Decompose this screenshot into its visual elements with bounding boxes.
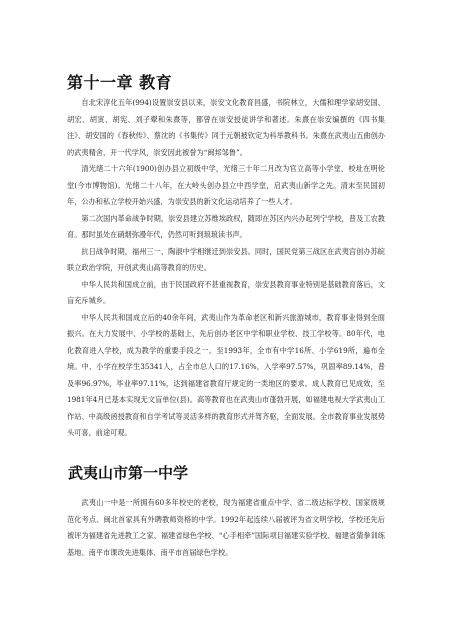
chapter-title: 第十一章 教育	[67, 70, 172, 93]
paragraph: 自北宋淳化五年(994)设置崇安县以来，崇安文化教育昌盛，书院林立，大儒和理学家…	[67, 95, 385, 161]
paragraph: 第二次国内革命战争时期，崇安县建立苏维埃政权，随即在苏区内兴办起列宁学校，普及工…	[67, 211, 385, 244]
paragraph: 中华人民共和国成立前，由于民国政府不甚重视教育，崇安县教育事业特别是基础教育落后…	[67, 277, 385, 310]
paragraph: 武夷山一中是一所拥有60多年校史的老校，现为福建省重点中学、省二级达标学校、国家…	[67, 495, 385, 561]
section-title: 武夷山市第一中学	[68, 462, 188, 483]
document-page: 第十一章 教育 自北宋淳化五年(994)设置崇安县以来，崇安文化教育昌盛，书院林…	[0, 0, 450, 636]
paragraph: 清光绪二十六年(1900)创办县立初级中学，光绪三十年二月改为官立高等小学堂，校…	[67, 161, 385, 211]
paragraph: 中华人民共和国成立后的40余年间，武夷山作为革命老区和新兴旅游城市，教育事业得到…	[67, 310, 385, 442]
chapter-body: 自北宋淳化五年(994)设置崇安县以来，崇安文化教育昌盛，书院林立，大儒和理学家…	[67, 95, 385, 442]
paragraph: 抗日战争时期，福州三一、陶淑中学相继迁到崇安县。同时，国民党第三战区在武夷宫创办…	[67, 244, 385, 277]
section-body: 武夷山一中是一所拥有60多年校史的老校，现为福建省重点中学、省二级达标学校、国家…	[67, 495, 385, 561]
